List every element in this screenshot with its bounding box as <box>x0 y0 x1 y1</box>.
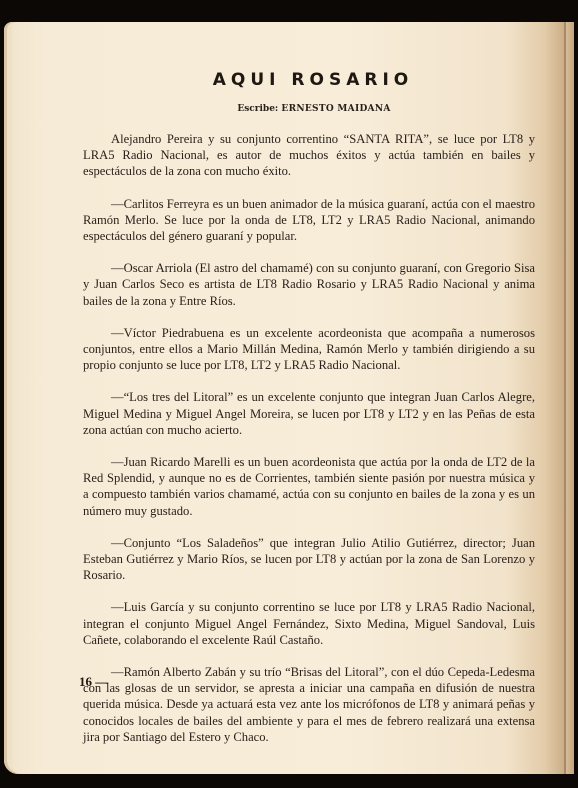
paragraph: —Juan Ricardo Marelli es un buen acordeo… <box>83 454 535 519</box>
article: AQUI ROSARIO Escribe: ERNESTO MAIDANA Al… <box>83 70 535 745</box>
paragraph: —Oscar Arriola (El astro del chamamé) co… <box>83 260 535 309</box>
article-title: AQUI ROSARIO <box>83 70 535 90</box>
page-gutter-shadow <box>566 22 574 774</box>
book-page: AQUI ROSARIO Escribe: ERNESTO MAIDANA Al… <box>4 22 574 774</box>
byline-label: Escribe: <box>237 104 278 114</box>
paragraph: —Conjunto “Los Saladeños” que integran J… <box>83 535 535 584</box>
paragraph: —Luis García y su conjunto correntino se… <box>83 599 535 648</box>
paragraph: —Carlitos Ferreyra es un buen animador d… <box>83 196 535 245</box>
paragraph: —“Los tres del Litoral” es un excelente … <box>83 389 535 438</box>
byline: Escribe: ERNESTO MAIDANA <box>83 104 535 114</box>
paragraph: —Ramón Alberto Zabán y su trío “Brisas d… <box>83 664 535 745</box>
page-number: 16 — <box>79 674 108 690</box>
paragraph: Alejandro Pereira y su conjunto correnti… <box>83 131 535 180</box>
byline-author: ERNESTO MAIDANA <box>281 104 390 114</box>
paragraph: —Víctor Piedrabuena es un excelente acor… <box>83 325 535 374</box>
page-fold-line <box>564 22 566 774</box>
